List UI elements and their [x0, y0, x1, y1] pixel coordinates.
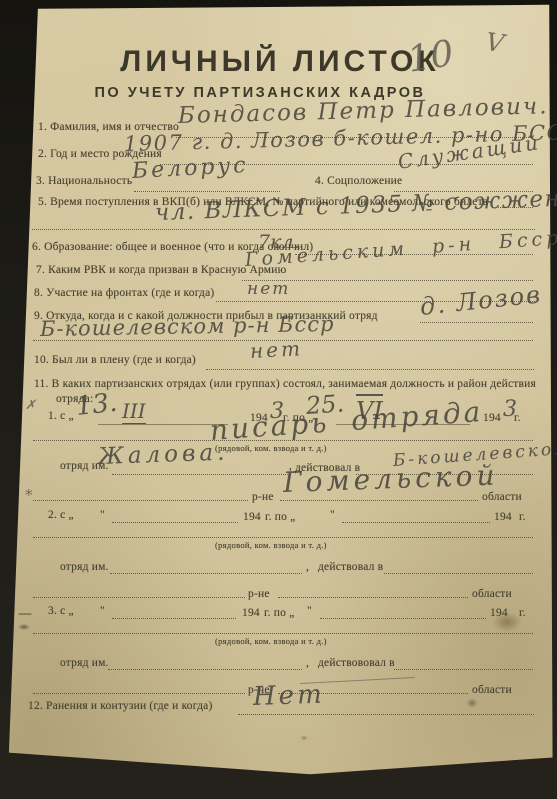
- entry3-year2: 194: [490, 607, 508, 619]
- entry2-year2: 194: [494, 511, 512, 523]
- dotted-line: [342, 522, 490, 523]
- entry1-prefix: 1. с „: [48, 410, 74, 422]
- form-line: [98, 424, 228, 425]
- dotted-line: [33, 633, 533, 634]
- field-label-captivity: 10. Был ли в плену (где и когда): [34, 354, 196, 366]
- dotted-line: [278, 597, 468, 598]
- margin-dash-mark: —: [18, 606, 32, 622]
- entry2-oblast-label: области: [472, 588, 512, 600]
- entry3-year1: 194: [242, 607, 260, 619]
- dotted-line: [384, 573, 533, 574]
- dotted-line: [112, 522, 238, 523]
- entry1-hw-from-month: III: [122, 399, 146, 424]
- entry2-comma: ,: [306, 561, 309, 573]
- dotted-line: [206, 369, 534, 370]
- dotted-line: [420, 322, 533, 323]
- entry3-po: г. по „: [264, 607, 294, 619]
- entry3-prefix: 3. с „: [48, 605, 74, 617]
- dotted-line: [32, 229, 535, 230]
- entry2-po: г. по „: [265, 511, 295, 523]
- entry3-comma: ,: [306, 657, 309, 669]
- margin-star-mark: *: [25, 486, 33, 504]
- dotted-line: [112, 618, 236, 619]
- field-label-nationality: 3. Национальность: [36, 175, 132, 187]
- entry1-rank-hint: (рядовой, ком. взвода и т. д.): [215, 443, 327, 453]
- dotted-line: [33, 597, 245, 598]
- entry2-acted-label: действовал в: [318, 561, 383, 573]
- entry3-rank-hint: (рядовой, ком. взвода и т. д.): [215, 636, 327, 646]
- paper-stain: [300, 735, 308, 741]
- entry3-oblast-label: области: [472, 684, 512, 696]
- dotted-line: [320, 618, 486, 619]
- field-label-fronts: 8. Участие на фронтах (где и когда): [34, 287, 214, 299]
- dotted-line: [108, 669, 302, 670]
- field-label-wounds: 12. Ранения и контузии (где и когда): [28, 700, 212, 712]
- entry2-g: г.: [519, 511, 526, 523]
- dotted-line: [394, 669, 533, 670]
- entry3-otryad-label: отряд им.: [60, 657, 109, 669]
- dotted-line: [134, 191, 280, 192]
- entry1-year2: 194: [483, 412, 501, 424]
- field-label-social-status: 4. Соцположение: [315, 175, 402, 187]
- entry3-quote: ": [100, 605, 105, 617]
- dotted-line: [33, 693, 245, 694]
- entry3-g: г.: [519, 607, 526, 619]
- handwritten-net-3: Нет: [252, 680, 325, 712]
- handwritten-net-1: нет: [247, 279, 290, 299]
- entry1-oblast-label: области: [482, 491, 522, 503]
- entry1-g: г.: [514, 412, 521, 424]
- entry2-quote2: ": [330, 509, 335, 521]
- margin-smudge: [18, 624, 30, 630]
- entry3-quote2: ": [307, 605, 312, 617]
- entry1-rne-label: р-не: [252, 491, 274, 503]
- dotted-line: [33, 537, 533, 538]
- scanned-document-page: ЛИЧНЫЙ ЛИСТОК 10 V ПО УЧЕТУ ПАРТИЗАНСКИХ…: [0, 0, 557, 799]
- dotted-line: [280, 500, 478, 501]
- entry2-prefix: 2. с „: [48, 509, 74, 521]
- dotted-line: [238, 714, 534, 715]
- margin-x-mark: ✗: [25, 398, 36, 413]
- entry2-otryad-label: отряд им.: [60, 561, 109, 573]
- entry2-rne-label: р-не: [248, 588, 270, 600]
- dotted-line: [33, 500, 248, 501]
- dotted-line: [110, 573, 302, 574]
- entry2-quote: ": [100, 509, 105, 521]
- entry2-rank-hint: (рядовой, ком. взвода и т. д.): [215, 540, 327, 550]
- paper-stain: [466, 698, 478, 708]
- handwritten-net-2: нет: [249, 336, 303, 363]
- dotted-line: [112, 474, 288, 475]
- entry2-year1: 194: [243, 511, 261, 523]
- handwritten-page-number: 10: [405, 33, 457, 81]
- entry1-hw-otryad: Жалова.: [98, 439, 229, 470]
- dotted-line: [33, 440, 533, 441]
- entry1-hw-from-day: 13.: [74, 388, 118, 422]
- entry3-acted-label: действововал в: [318, 657, 395, 669]
